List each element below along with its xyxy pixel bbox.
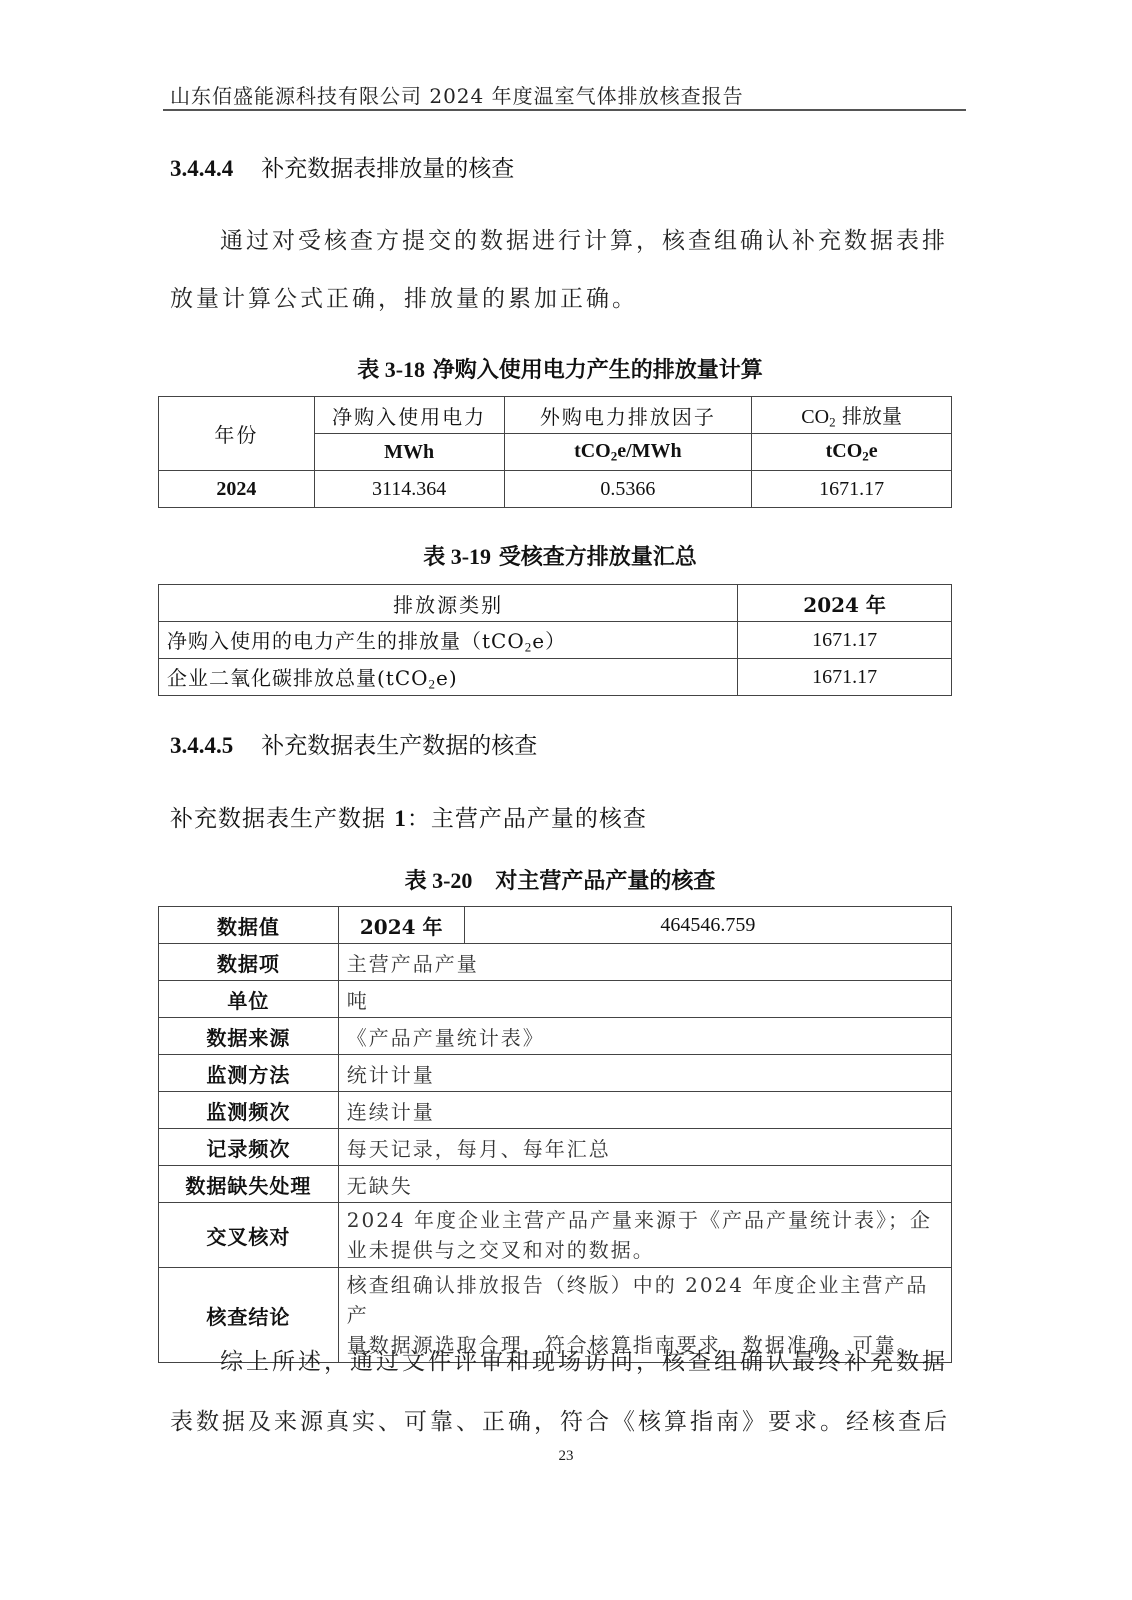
cell-data-value: 464546.759: [464, 907, 951, 944]
page-number: 23: [0, 1448, 1132, 1465]
table-caption-3-18: 表 3-18 净购入使用电力产生的排放量计算: [160, 353, 960, 384]
table-caption-3-19: 表 3-19 受核查方排放量汇总: [160, 540, 960, 571]
paragraph-line: 通过对受核查方提交的数据进行计算，核查组确认补充数据表排: [170, 222, 1020, 255]
header-rule: [163, 109, 966, 111]
table-row: 监测频次 连续计量: [159, 1092, 952, 1129]
table-caption-3-20: 表 3-20 对主营产品产量的核查: [160, 864, 960, 895]
document-page: 山东佰盛能源科技有限公司 2024 年度温室气体排放核查报告 3.4.4.4补充…: [0, 0, 1132, 1600]
section-title: 补充数据表排放量的核查: [261, 156, 514, 182]
table-row: 企业二氧化碳排放总量(tCO2e) 1671.17: [159, 659, 952, 696]
unit-emission: tCO2e: [752, 434, 952, 471]
table-row: 数据缺失处理 无缺失: [159, 1166, 952, 1203]
caption-title: 受核查方排放量汇总: [499, 544, 697, 570]
table-row: 2024 3114.364 0.5366 1671.17: [159, 471, 952, 508]
cell-value: 1671.17: [738, 659, 952, 696]
header-year: 2024 年: [738, 585, 952, 622]
section-title: 补充数据表生产数据的核查: [261, 733, 537, 759]
table-3-19: 排放源类别 2024 年 净购入使用的电力产生的排放量（tCO2e） 1671.…: [158, 584, 952, 696]
cell-year: 2024: [159, 471, 315, 508]
table-row: 交叉核对 2024 年度企业主营产品产量来源于《产品产量统计表》；企 业未提供与…: [159, 1203, 952, 1268]
unit-power: MWh: [314, 434, 504, 471]
section-number: 3.4.4.5: [170, 733, 233, 758]
caption-title: 对主营产品产量的核查: [495, 868, 715, 894]
table-row: 净购入使用的电力产生的排放量（tCO2e） 1671.17: [159, 622, 952, 659]
label-year: 2024 年: [338, 907, 464, 944]
table-row: 单位 吨: [159, 981, 952, 1018]
header-category: 排放源类别: [159, 585, 738, 622]
header-emission: CO2 排放量: [752, 397, 952, 434]
table-row: 数据来源 《产品产量统计表》: [159, 1018, 952, 1055]
subheading: 补充数据表生产数据 1：主营产品产量的核查: [170, 800, 647, 833]
caption-number: 表 3-18: [357, 357, 425, 382]
cell-value: 1671.17: [738, 622, 952, 659]
caption-number: 表 3-19: [423, 544, 491, 569]
caption-title: 净购入使用电力产生的排放量计算: [433, 357, 763, 383]
section-heading-3444: 3.4.4.4补充数据表排放量的核查: [170, 150, 514, 183]
running-header: 山东佰盛能源科技有限公司 2024 年度温室气体排放核查报告: [170, 80, 744, 109]
unit-factor: tCO2e/MWh: [504, 434, 752, 471]
header-power: 净购入使用电力: [314, 397, 504, 434]
cell-category: 净购入使用的电力产生的排放量（tCO2e）: [159, 622, 738, 659]
table-row: 数据项 主营产品产量: [159, 944, 952, 981]
paragraph-line: 表数据及来源真实、可靠、正确，符合《核算指南》要求。经核查后: [170, 1403, 970, 1436]
header-year: 年份: [159, 397, 315, 471]
table-row: 记录频次 每天记录，每月、每年汇总: [159, 1129, 952, 1166]
cell-emission: 1671.17: [752, 471, 952, 508]
label-data-value: 数据值: [159, 907, 339, 944]
section-number: 3.4.4.4: [170, 156, 233, 181]
table-3-18: 年份 净购入使用电力 外购电力排放因子 CO2 排放量 MWh tCO2e/MW…: [158, 396, 952, 508]
paragraph-line: 综上所述，通过文件评审和现场访问，核查组确认最终补充数据: [170, 1343, 1020, 1376]
paragraph-line: 放量计算公式正确，排放量的累加正确。: [170, 280, 970, 313]
section-heading-3445: 3.4.4.5补充数据表生产数据的核查: [170, 727, 537, 760]
table-3-20: 数据值 2024 年 464546.759 数据项 主营产品产量 单位 吨 数据…: [158, 906, 952, 1363]
cell-power: 3114.364: [314, 471, 504, 508]
header-factor: 外购电力排放因子: [504, 397, 752, 434]
table-row: 监测方法 统计计量: [159, 1055, 952, 1092]
cell-factor: 0.5366: [504, 471, 752, 508]
cell-category: 企业二氧化碳排放总量(tCO2e): [159, 659, 738, 696]
caption-number: 表 3-20: [405, 868, 473, 893]
